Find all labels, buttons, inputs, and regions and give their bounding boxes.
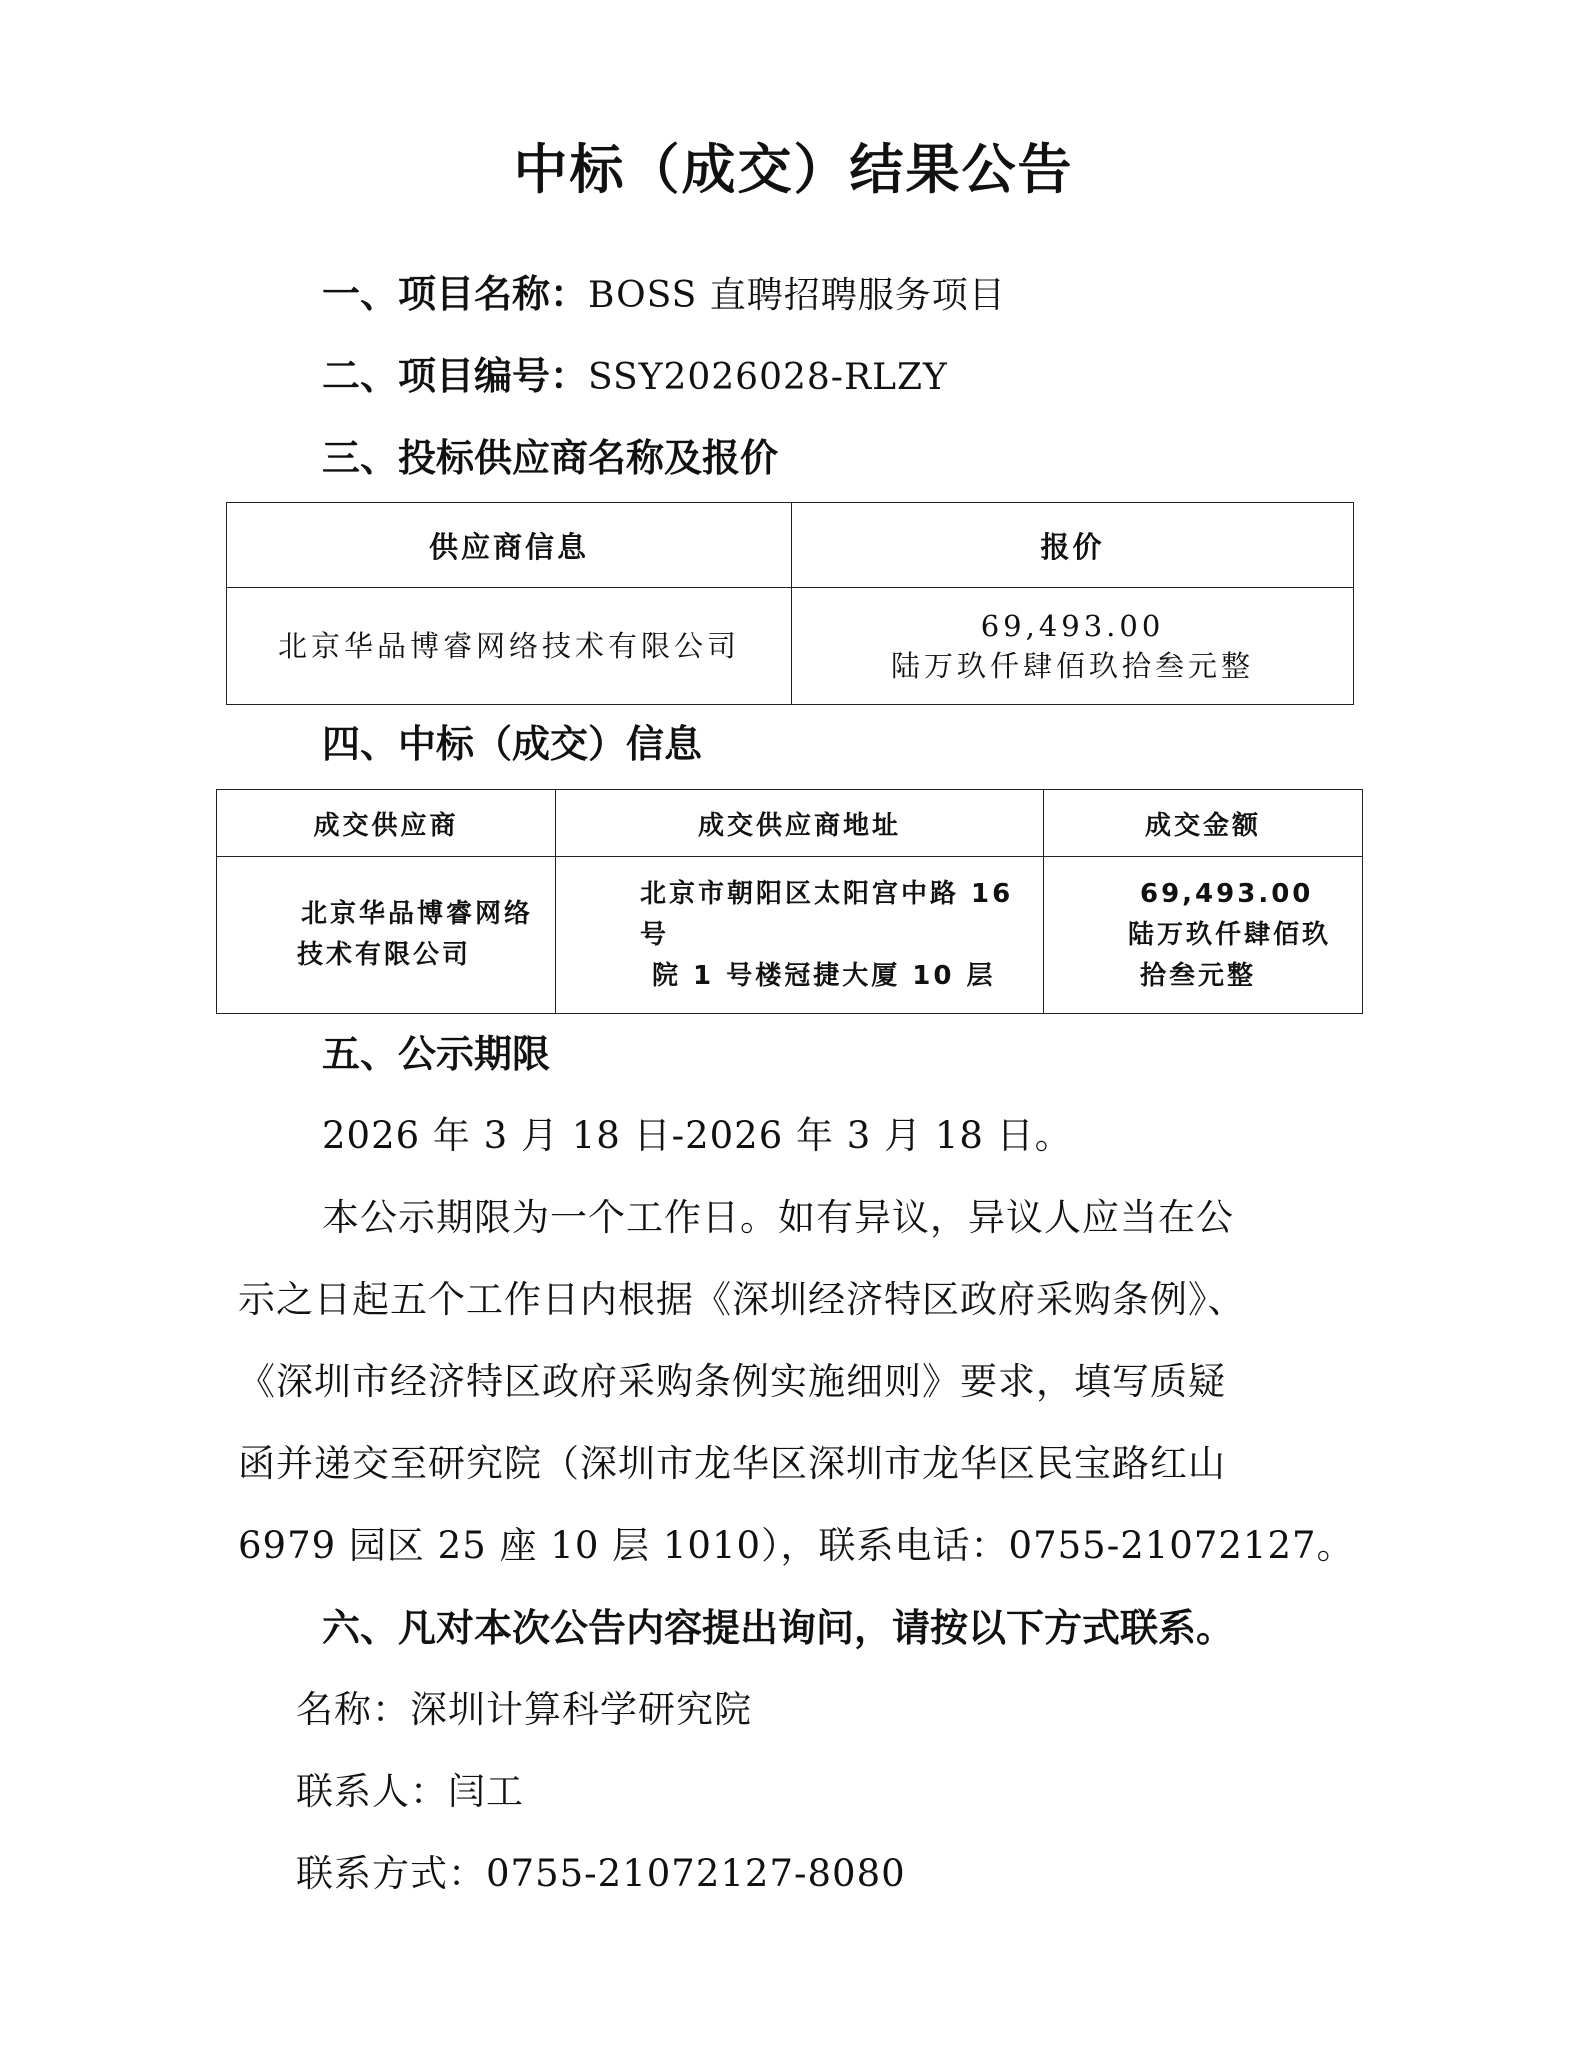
- page-title: 中标（成交）结果公告: [0, 130, 1587, 210]
- contact-name-label: 名称：: [296, 1688, 410, 1731]
- table-row: 北京华品博睿网络 技术有限公司 北京市朝阳区太阳宫中路 16 号 院 1 号楼冠…: [217, 857, 1363, 1014]
- contact-name-row: 名称：深圳计算科学研究院: [296, 1682, 752, 1738]
- supplier-address-cell: 北京市朝阳区太阳宫中路 16 号 院 1 号楼冠捷大厦 10 层: [556, 857, 1044, 1014]
- project-number-row: 二、项目编号：SSY2026028-RLZY: [322, 348, 948, 406]
- amount-words-line1: 陆万玖仟肆佰玖: [1044, 915, 1362, 956]
- notice-line-1: 本公示期限为一个工作日。如有异议，异议人应当在公: [322, 1190, 1234, 1246]
- notice-line-2: 示之日起五个工作日内根据《深圳经济特区政府采购条例》、: [238, 1272, 1246, 1328]
- contact-method-value: 0755-21072127-8080: [486, 1852, 906, 1895]
- column-header-amount: 成交金额: [1044, 790, 1363, 857]
- project-name-row: 一、项目名称：BOSS 直聘招聘服务项目: [322, 266, 1006, 324]
- publicity-heading: 五、公示期限: [322, 1026, 550, 1082]
- column-header-supplier-address: 成交供应商地址: [556, 790, 1044, 857]
- amount-words-line2: 拾叁元整: [1044, 956, 1362, 997]
- supplier-cell: 北京华品博睿网络技术有限公司: [227, 588, 792, 705]
- table-header-row: 供应商信息 报价: [227, 503, 1354, 588]
- address-line2: 院 1 号楼冠捷大厦 10 层: [556, 956, 1043, 997]
- address-line1: 北京市朝阳区太阳宫中路 16 号: [556, 874, 1043, 956]
- price-number: 69,493.00: [792, 606, 1353, 646]
- amount-number: 69,493.00: [1044, 874, 1362, 915]
- notice-line-4: 函并递交至研究院（深圳市龙华区深圳市龙华区民宝路红山: [238, 1436, 1226, 1492]
- contact-method-row: 联系方式：0755-21072127-8080: [296, 1846, 906, 1902]
- price-words: 陆万玖仟肆佰玖拾叁元整: [792, 646, 1353, 686]
- project-number-label: 二、项目编号：: [322, 354, 588, 398]
- contact-heading: 六、凡对本次公告内容提出询问，请按以下方式联系。: [322, 1600, 1234, 1656]
- contact-person-row: 联系人：闫工: [296, 1764, 524, 1820]
- contact-method-label: 联系方式：: [296, 1852, 486, 1895]
- column-header-supplier: 供应商信息: [227, 503, 792, 588]
- table-row: 北京华品博睿网络技术有限公司 69,493.00 陆万玖仟肆佰玖拾叁元整: [227, 588, 1354, 705]
- winning-supplier-line2: 技术有限公司: [217, 935, 555, 976]
- bidders-heading: 三、投标供应商名称及报价: [322, 430, 778, 486]
- contact-name-value: 深圳计算科学研究院: [410, 1688, 752, 1731]
- project-number-value: SSY2026028-RLZY: [588, 357, 948, 398]
- winning-supplier-line1: 北京华品博睿网络: [217, 894, 555, 935]
- award-table: 成交供应商 成交供应商地址 成交金额 北京华品博睿网络 技术有限公司 北京市朝阳…: [216, 789, 1363, 1014]
- contact-person-value: 闫工: [448, 1770, 524, 1813]
- project-name-value: BOSS 直聘招聘服务项目: [588, 275, 1006, 316]
- amount-cell: 69,493.00 陆万玖仟肆佰玖 拾叁元整: [1044, 857, 1363, 1014]
- contact-person-label: 联系人：: [296, 1770, 448, 1813]
- winning-supplier-cell: 北京华品博睿网络 技术有限公司: [217, 857, 556, 1014]
- publicity-dates: 2026 年 3 月 18 日-2026 年 3 月 18 日。: [322, 1108, 1073, 1164]
- table-header-row: 成交供应商 成交供应商地址 成交金额: [217, 790, 1363, 857]
- award-heading: 四、中标（成交）信息: [322, 716, 702, 772]
- bidders-table: 供应商信息 报价 北京华品博睿网络技术有限公司 69,493.00 陆万玖仟肆佰…: [226, 502, 1354, 705]
- project-name-label: 一、项目名称：: [322, 272, 588, 316]
- notice-line-3: 《深圳市经济特区政府采购条例实施细则》要求，填写质疑: [238, 1354, 1226, 1410]
- notice-line-5: 6979 园区 25 座 10 层 1010），联系电话：0755-210721…: [238, 1518, 1355, 1574]
- price-cell: 69,493.00 陆万玖仟肆佰玖拾叁元整: [792, 588, 1354, 705]
- column-header-price: 报价: [792, 503, 1354, 588]
- column-header-winning-supplier: 成交供应商: [217, 790, 556, 857]
